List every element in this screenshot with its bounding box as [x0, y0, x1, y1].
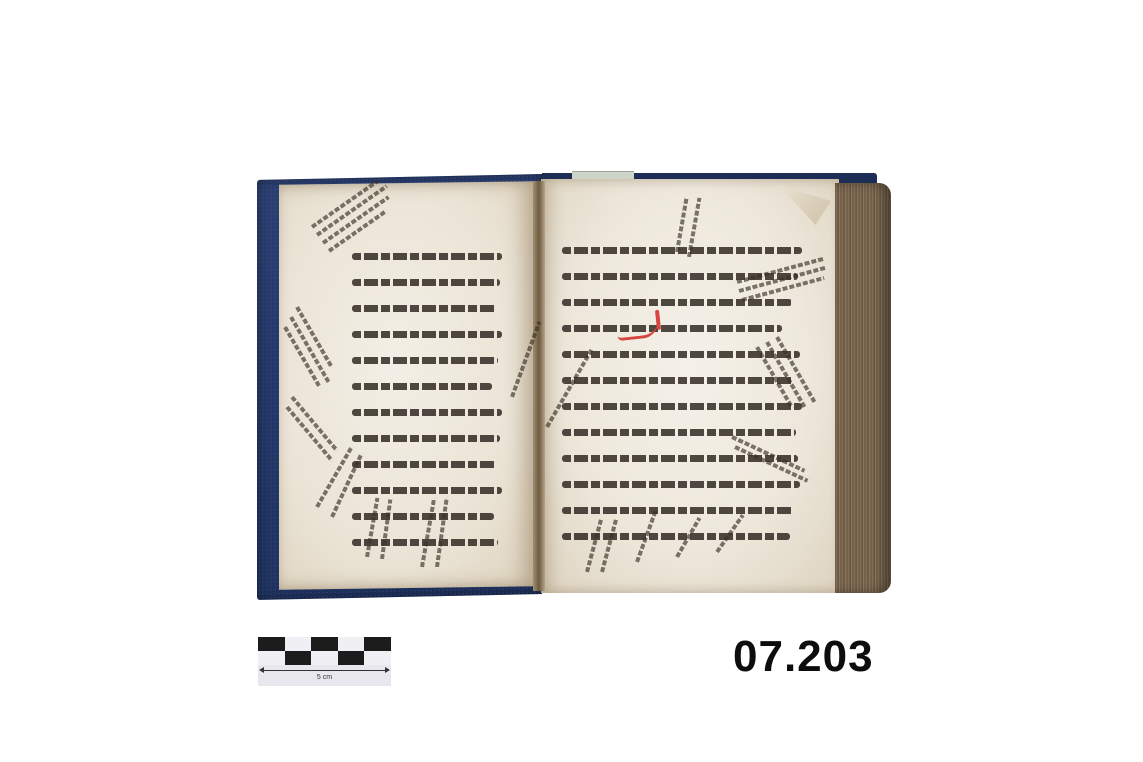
scale-bar: 5 cm: [258, 637, 391, 686]
page-fore-edge: [835, 183, 891, 593]
scale-checker: [258, 637, 391, 665]
catalog-number: 07.203: [733, 632, 874, 682]
open-manuscript: [257, 165, 897, 605]
scale-label: 5 cm: [258, 674, 391, 681]
book-gutter: [533, 181, 545, 591]
scale-arrow: [262, 670, 387, 671]
photo-stage: 5 cm 07.203: [0, 0, 1143, 762]
